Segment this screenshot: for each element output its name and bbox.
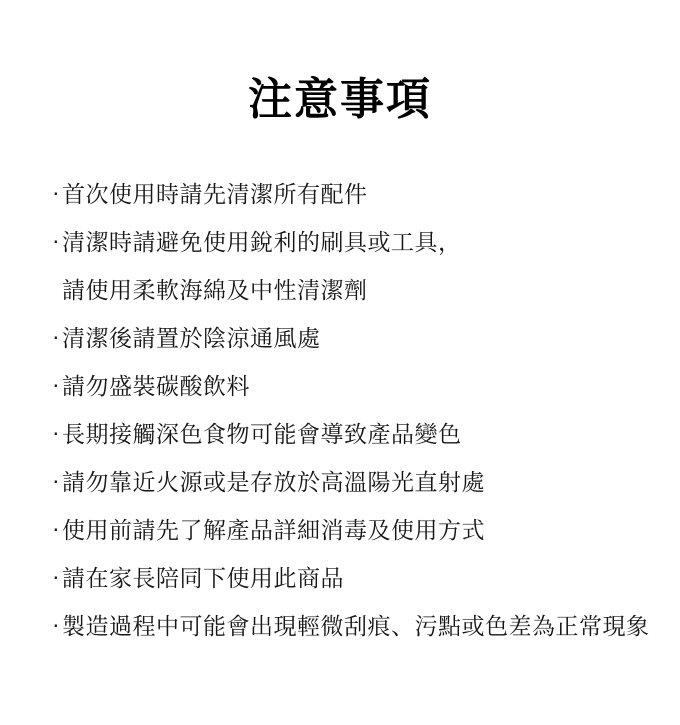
list-item: · 請在家長陪同下使用此商品 xyxy=(52,552,656,600)
list-item: · 長期接觸深色食物可能會導致產品變色 xyxy=(52,408,656,456)
list-item: · 清潔後請置於陰涼通風處 xyxy=(52,312,656,360)
list-item-text: 請勿盛裝碳酸飲料 xyxy=(62,368,250,401)
bullet-dot: · xyxy=(52,467,62,494)
list-item-text: 請在家長陪同下使用此商品 xyxy=(62,560,344,593)
list-item: · 製造過程中可能會出現輕微刮痕、污點或色差為正常現象 xyxy=(52,600,656,648)
list-item-text: 請使用柔軟海綿及中性清潔劑 xyxy=(62,272,368,305)
page-title: 注意事項 xyxy=(0,0,680,126)
precaution-list: · 首次使用時請先清潔所有配件 · 清潔時請避免使用銳利的刷具或工具， 請使用柔… xyxy=(0,168,680,648)
notice-page: 注意事項 · 首次使用時請先清潔所有配件 · 清潔時請避免使用銳利的刷具或工具，… xyxy=(0,0,680,725)
bullet-dot: · xyxy=(52,179,62,206)
bullet-dot: · xyxy=(52,611,62,638)
list-item: · 請勿盛裝碳酸飲料 xyxy=(52,360,656,408)
list-item: · 清潔時請避免使用銳利的刷具或工具， xyxy=(52,216,656,264)
bullet-dot: · xyxy=(52,563,62,590)
bullet-dot: · xyxy=(52,371,62,398)
list-item-text: 清潔時請避免使用銳利的刷具或工具， xyxy=(62,224,462,257)
list-item-text: 請勿靠近火源或是存放於高溫陽光直射處 xyxy=(62,464,485,497)
list-item: · 首次使用時請先清潔所有配件 xyxy=(52,168,656,216)
list-item-text: 使用前請先了解產品詳細消毒及使用方式 xyxy=(62,512,485,545)
bullet-dot: · xyxy=(52,515,62,542)
list-item: · 使用前請先了解產品詳細消毒及使用方式 xyxy=(52,504,656,552)
list-item: · 請勿靠近火源或是存放於高溫陽光直射處 xyxy=(52,456,656,504)
list-item-text: 清潔後請置於陰涼通風處 xyxy=(62,320,321,353)
list-item: 請使用柔軟海綿及中性清潔劑 xyxy=(52,264,656,312)
bullet-dot: · xyxy=(52,323,62,350)
bullet-dot: · xyxy=(52,227,62,254)
list-item-text: 製造過程中可能會出現輕微刮痕、污點或色差為正常現象 xyxy=(62,608,650,641)
list-item-text: 長期接觸深色食物可能會導致產品變色 xyxy=(62,416,462,449)
bullet-dot: · xyxy=(52,419,62,446)
list-item-text: 首次使用時請先清潔所有配件 xyxy=(62,176,368,209)
